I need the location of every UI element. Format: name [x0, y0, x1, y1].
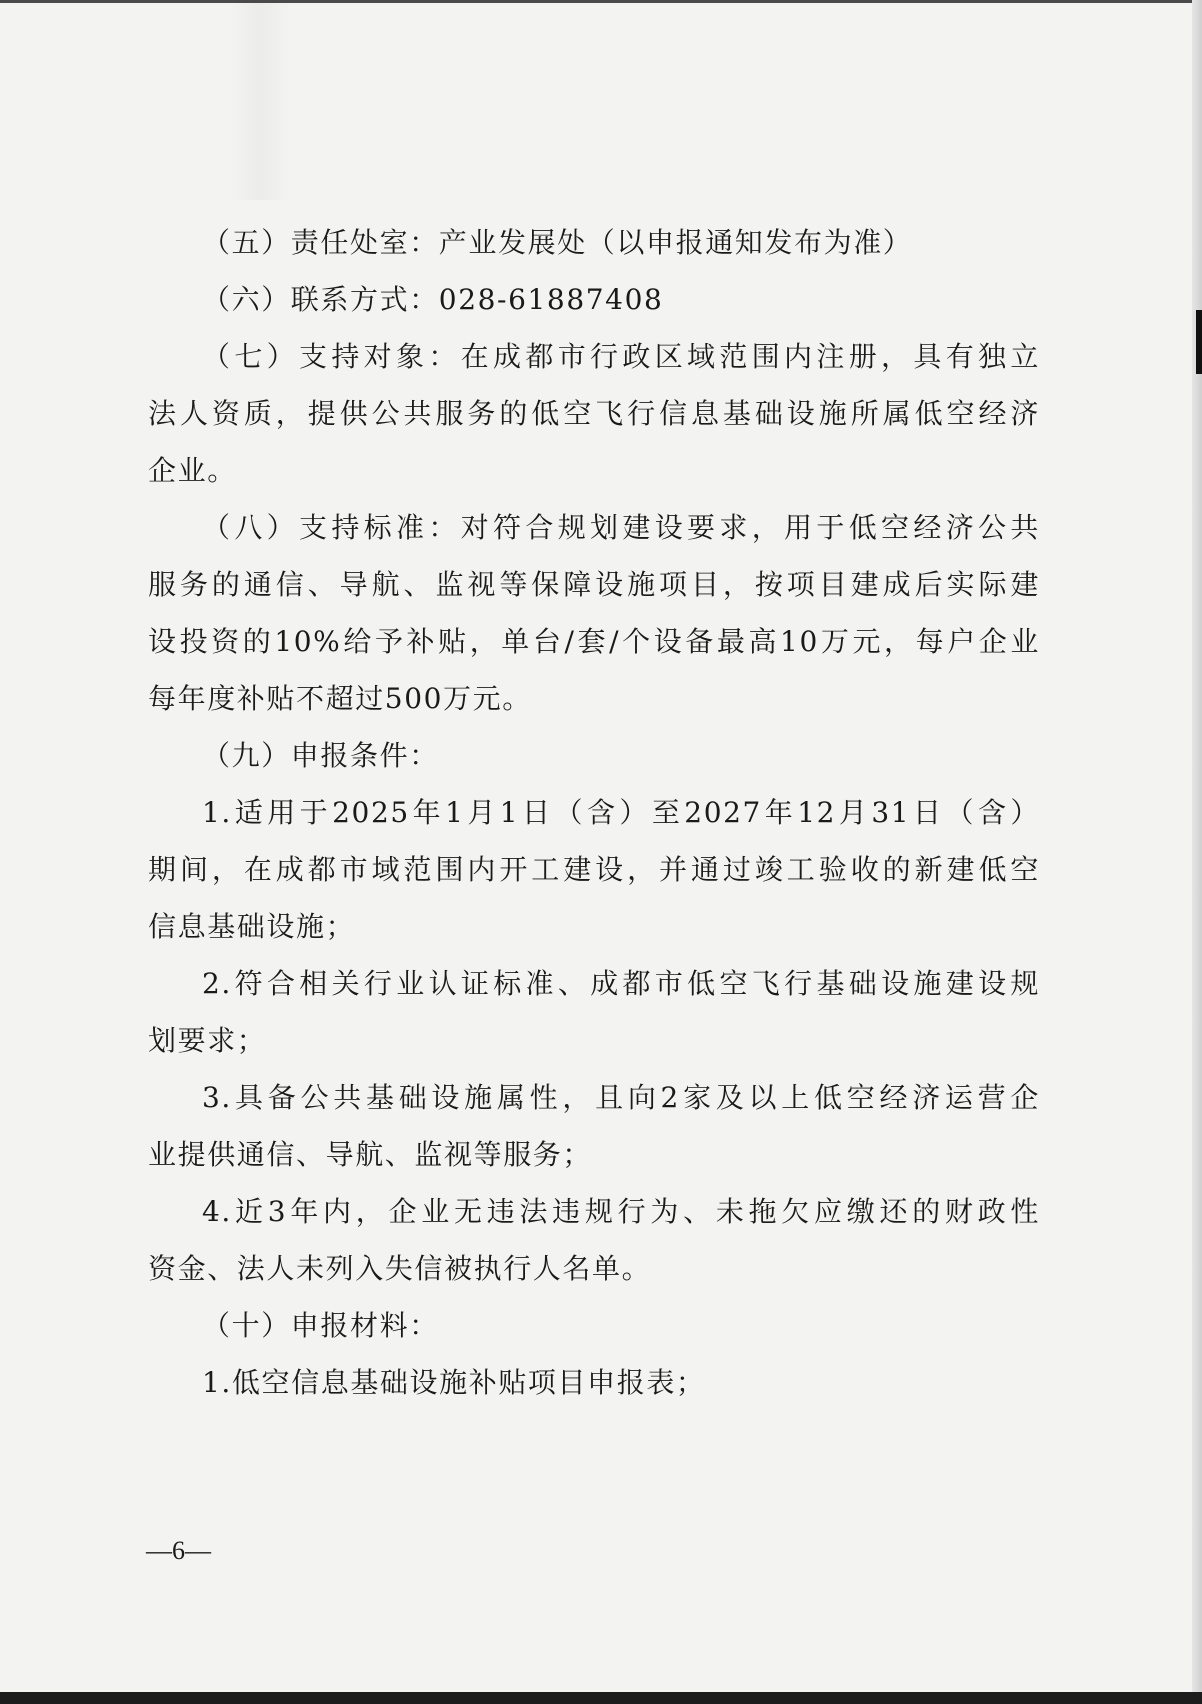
line-responsible-office: （五）责任处室：产业发展处（以申报通知发布为准） [148, 214, 1040, 271]
line-condition-2b: 划要求； [148, 1012, 1040, 1069]
line-condition-3a: 3.具备公共基础设施属性，且向2家及以上低空经济运营企 [148, 1069, 1040, 1126]
line-support-standard-3: 设投资的10%给予补贴，单台/套/个设备最高10万元，每户企业 [148, 613, 1040, 670]
line-conditions-heading: （九）申报条件： [148, 727, 1040, 784]
scan-right-edge [1192, 0, 1202, 1692]
line-condition-4a: 4.近3年内，企业无违法违规行为、未拖欠应缴还的财政性 [148, 1183, 1040, 1240]
scan-bottom-edge [0, 1692, 1202, 1704]
line-condition-1b: 期间，在成都市域范围内开工建设，并通过竣工验收的新建低空 [148, 841, 1040, 898]
line-support-target-2: 法人资质，提供公共服务的低空飞行信息基础设施所属低空经济 [148, 385, 1040, 442]
line-contact: （六）联系方式：028-61887408 [148, 271, 1040, 328]
scan-shadow [230, 0, 290, 200]
line-support-standard-2: 服务的通信、导航、监视等保障设施项目，按项目建成后实际建 [148, 556, 1040, 613]
line-support-target-3: 企业。 [148, 442, 1040, 499]
line-condition-1c: 信息基础设施； [148, 898, 1040, 955]
line-support-standard-4: 每年度补贴不超过500万元。 [148, 670, 1040, 727]
line-condition-4b: 资金、法人未列入失信被执行人名单。 [148, 1240, 1040, 1297]
line-support-target-1: （七）支持对象：在成都市行政区域范围内注册，具有独立 [148, 328, 1040, 385]
scan-right-tab [1196, 310, 1202, 374]
line-support-standard-1: （八）支持标准：对符合规划建设要求，用于低空经济公共 [148, 499, 1040, 556]
line-materials-heading: （十）申报材料： [148, 1297, 1040, 1354]
line-condition-3b: 业提供通信、导航、监视等服务； [148, 1126, 1040, 1183]
line-material-1: 1.低空信息基础设施补贴项目申报表； [148, 1354, 1040, 1411]
document-body: （五）责任处室：产业发展处（以申报通知发布为准） （六）联系方式：028-618… [148, 214, 1040, 1411]
scan-top-edge [0, 0, 1202, 3]
line-condition-1a: 1.适用于2025年1月1日（含）至2027年12月31日（含） [148, 784, 1040, 841]
line-condition-2a: 2.符合相关行业认证标准、成都市低空飞行基础设施建设规 [148, 955, 1040, 1012]
page-number: —6— [146, 1536, 211, 1566]
